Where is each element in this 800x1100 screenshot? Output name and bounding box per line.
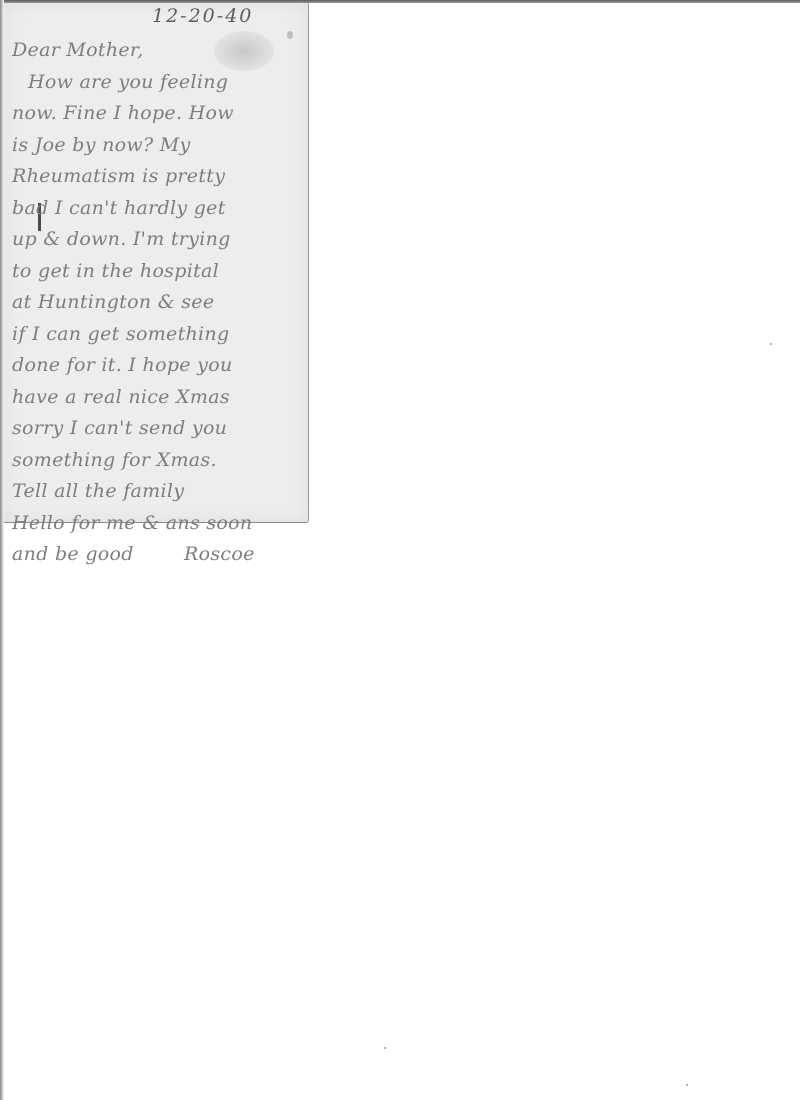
letter-line: sorry I can't send you — [12, 413, 308, 445]
scan-speck — [384, 1047, 386, 1049]
scan-speck — [686, 1084, 688, 1086]
postcard: 12-20-40 Dear Mother, How are you feelin… — [4, 3, 309, 523]
letter-line: up & down. I'm trying — [12, 224, 308, 256]
letter-line: How are you feeling — [12, 67, 308, 99]
letter-line: have a real nice Xmas — [12, 382, 308, 414]
letter-line: if I can get something — [12, 319, 308, 351]
letter-date: 12-20-40 — [152, 5, 253, 27]
letter-line: is Joe by now? My — [12, 130, 308, 162]
letter-line: done for it. I hope you — [12, 350, 308, 382]
signature: Roscoe — [184, 539, 255, 571]
letter-body: Dear Mother, How are you feeling now. Fi… — [12, 35, 308, 571]
scan-speck — [770, 343, 772, 345]
letter-line: Hello for me & ans soon — [12, 508, 308, 540]
letter-line: to get in the hospital — [12, 256, 308, 288]
closing-text: and be good — [12, 543, 134, 565]
letter-line: Tell all the family — [12, 476, 308, 508]
salutation: Dear Mother, — [12, 35, 308, 67]
letter-line: bad I can't hardly get — [12, 193, 308, 225]
letter-line: at Huntington & see — [12, 287, 308, 319]
closing-line: and be good Roscoe — [12, 539, 308, 571]
letter-line: something for Xmas. — [12, 445, 308, 477]
letter-line: now. Fine I hope. How — [12, 98, 308, 130]
letter-line: Rheumatism is pretty — [12, 161, 308, 193]
